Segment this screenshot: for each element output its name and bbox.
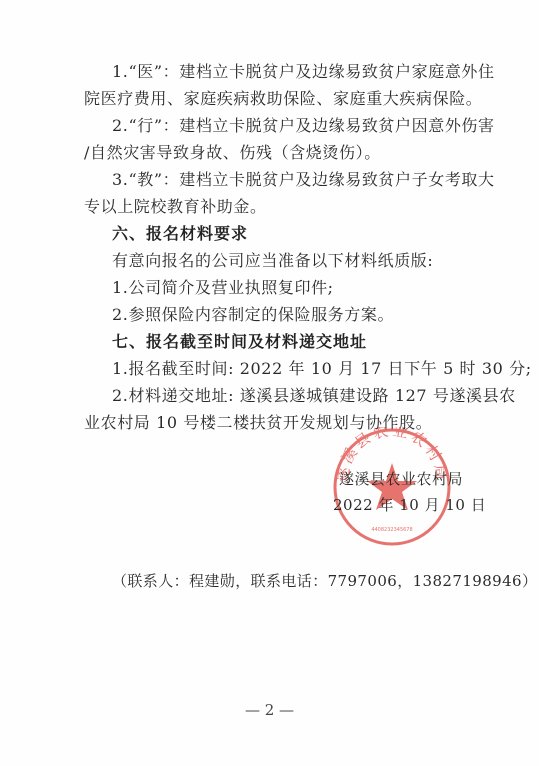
section6-heading: 六、报名材料要求 [112,224,488,244]
paragraph-education-line1: 3.“教”：建档立卡脱贫户及边缘易致贫户子女考取大 [112,170,488,190]
signature-organization: 遂溪县农业农村局 [339,469,463,489]
section6-item-2: 2.参照保险内容制定的保险服务方案。 [112,305,488,325]
paragraph-travel-line1: 2.“行”：建档立卡脱贫户及边缘易致贫户因意外伤害 [112,116,488,136]
paragraph-medical-line1: 1.“医”：建档立卡脱贫户及边缘易致贫户家庭意外住 [112,62,488,82]
svg-text:4408232345678: 4408232345678 [371,527,412,533]
section7-heading: 七、报名截至时间及材料递交地址 [112,332,488,352]
section6-intro: 有意向报名的公司应当准备以下材料纸质版: [112,251,488,271]
section7-item-address: 2.材料递交地址: 遂溪县遂城镇建设路 127 号遂溪县农 [112,386,488,406]
paragraph-education-line2: 专以上院校教育补助金。 [84,197,460,217]
contact-info: （联系人：程建勋，联系电话：7797006，13827198946） [112,571,537,591]
paragraph-medical-line2: 院医疗费用、家庭疾病救助保险、家庭重大疾病保险。 [84,89,460,109]
signature-date: 2022 年 10 月 10 日 [333,495,486,515]
section6-item-1: 1.公司简介及营业执照复印件; [112,278,488,298]
paragraph-travel-line2: /自然灾害导致身故、伤残（含烧烫伤）。 [84,143,460,163]
document-page: 1.“医”：建档立卡脱贫户及边缘易致贫户家庭意外住 院医疗费用、家庭疾病救助保险… [0,0,539,766]
section7-item-deadline: 1.报名截至时间: 2022 年 10 月 17 日下午 5 时 30 分; [112,359,488,379]
page-number: — 2 — [0,701,539,719]
